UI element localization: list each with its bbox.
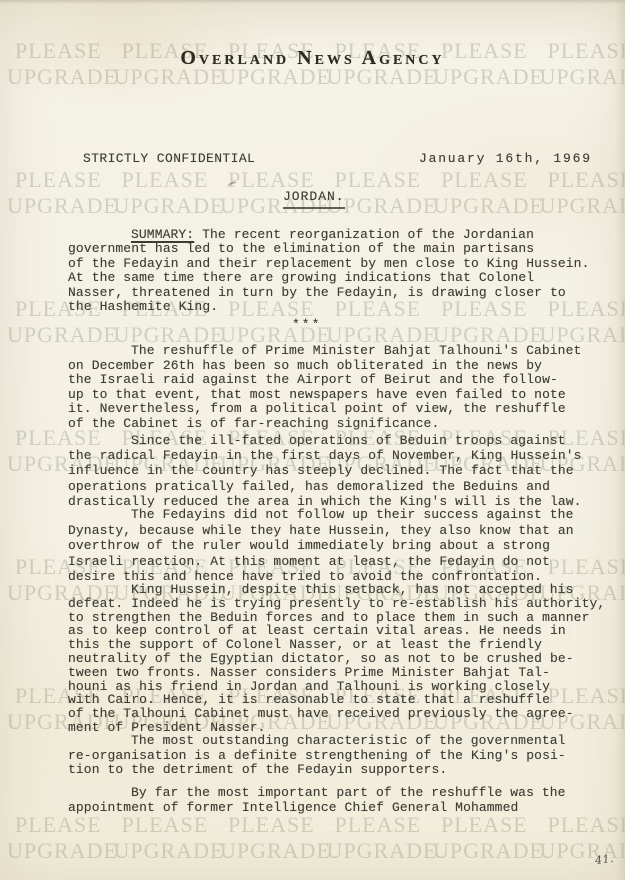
watermark-word-upgrade: UPGRADE	[7, 838, 118, 864]
paragraph-line: Israeli reaction. At this moment at leas…	[68, 554, 574, 570]
watermark-word-please: PLEASE	[122, 812, 209, 838]
watermark-word-please: PLEASE	[15, 812, 102, 838]
watermark-word-upgrade: UPGRADE	[7, 193, 118, 219]
paragraph-line: overthrow of the ruler would immediately…	[68, 538, 574, 554]
page-number-handwritten: 41.	[594, 852, 614, 867]
body-paragraph: Since the ill-fated operations of Beduin…	[68, 433, 582, 509]
paragraph-line: the Israeli raid against the Airport of …	[68, 373, 581, 388]
paragraph-line: tween two fronts. Nasser considers Prime…	[68, 666, 605, 680]
scan-top-edge	[0, 0, 625, 4]
watermark-word-please: PLEASE	[15, 167, 102, 193]
watermark-word-please: PLEASE	[335, 812, 422, 838]
paragraph-line: up to that event, that most newspapers h…	[68, 388, 581, 403]
body-paragraph: By far the most important part of the re…	[68, 785, 566, 815]
body-paragraph: King Hussein, despite this setback, has …	[68, 583, 605, 735]
summary-line: government has led to the elimination of…	[68, 242, 589, 256]
paragraph-line: King Hussein, despite this setback, has …	[68, 583, 605, 597]
scan-right-edge	[615, 0, 625, 880]
summary-line: Nasser, threatened in turn by the Fedayi…	[68, 286, 589, 300]
paragraph-line: to strengthen the Beduin forces and to p…	[68, 611, 605, 625]
watermark-word-please: PLEASE	[228, 812, 315, 838]
body-paragraph: The most outstanding characteristic of t…	[68, 734, 566, 778]
watermark-word-upgrade: UPGRADE	[114, 838, 225, 864]
paragraph-line: Since the ill-fated operations of Beduin…	[68, 433, 582, 448]
date-label: January 16th, 1969	[419, 151, 592, 166]
summary-line: of the Fedayin and their replacement by …	[68, 257, 589, 271]
paragraph-line: tion to the detriment of the Fedayin sup…	[68, 763, 566, 778]
watermark-word-upgrade: UPGRADE	[114, 193, 225, 219]
classification-label: STRICTLY CONFIDENTIAL	[83, 151, 255, 166]
watermark-word-please: PLEASE	[548, 167, 625, 193]
watermark-word-please: PLEASE	[441, 812, 528, 838]
paragraph-line: with Cairo. Hence, it is reasonable to s…	[68, 693, 605, 707]
watermark-word-upgrade: UPGRADE	[540, 193, 625, 219]
body-paragraph: The reshuffle of Prime Minister Bahjat T…	[68, 344, 581, 432]
watermark-word-upgrade: UPGRADE	[433, 838, 544, 864]
paragraph-line: operations pratically failed, has demora…	[68, 479, 582, 494]
paragraph-line: this the support of Colonel Nasser, or a…	[68, 638, 605, 652]
watermark-word-upgrade: UPGRADE	[433, 193, 544, 219]
agency-masthead: Overland News Agency	[0, 47, 625, 70]
paragraph-line: The Fedayins did not follow up their suc…	[68, 507, 574, 523]
summary-heading: SUMMARY:	[131, 227, 194, 242]
document-page: PLEASEUPGRADEPLEASEUPGRADEPLEASEUPGRADEP…	[0, 0, 625, 880]
watermark-word-upgrade: UPGRADE	[220, 838, 331, 864]
ink-smudge	[227, 181, 238, 191]
paragraph-line: of the Cabinet is of far-reaching signif…	[68, 417, 581, 432]
paragraph-line: it. Nevertheless, from a political point…	[68, 402, 581, 417]
summary-heading-rest: The recent reorganization of the Jordani…	[194, 227, 534, 242]
paragraph-line: appointment of former Intelligence Chief…	[68, 800, 566, 815]
paragraph-line: on December 26th has been so much oblite…	[68, 359, 581, 374]
paragraph-line: The most outstanding characteristic of t…	[68, 734, 566, 749]
paragraph-line: Dynasty, because while they hate Hussein…	[68, 523, 574, 539]
watermark-word-please: PLEASE	[122, 167, 209, 193]
paragraph-line: defeat. Indeed he is trying presently to…	[68, 597, 605, 611]
body-paragraph: The Fedayins did not follow up their suc…	[68, 507, 574, 585]
paragraph-line: houni as his friend in Jordan and Talhou…	[68, 680, 605, 694]
summary-line: At the same time there are growing indic…	[68, 271, 589, 285]
watermark-word-upgrade: UPGRADE	[327, 838, 438, 864]
watermark-word-please: PLEASE	[335, 167, 422, 193]
paragraph-line: influence in the country has steeply dec…	[68, 463, 582, 478]
paragraph-line: as to keep control of at least certain v…	[68, 624, 605, 638]
watermark-word-please: PLEASE	[548, 812, 625, 838]
paragraph-line: re-organisation is a definite strengthen…	[68, 749, 566, 764]
paragraph-line: By far the most important part of the re…	[68, 785, 566, 800]
paragraph-line: neutrality of the Egyptian dictator, so …	[68, 652, 605, 666]
summary-paragraph: SUMMARY: The recent reorganization of th…	[68, 228, 589, 314]
summary-first-line: SUMMARY: The recent reorganization of th…	[68, 228, 589, 242]
document-title: JORDAN.	[283, 189, 345, 209]
section-separator: ***	[292, 317, 321, 332]
paragraph-line: of the Talhouni Cabinet must have receiv…	[68, 707, 605, 721]
paragraph-line: the radical Fedayin in the first days of…	[68, 448, 582, 463]
paragraph-line: The reshuffle of Prime Minister Bahjat T…	[68, 344, 581, 359]
summary-line: the Hashemite King.	[68, 300, 589, 314]
watermark-word-please: PLEASE	[441, 167, 528, 193]
